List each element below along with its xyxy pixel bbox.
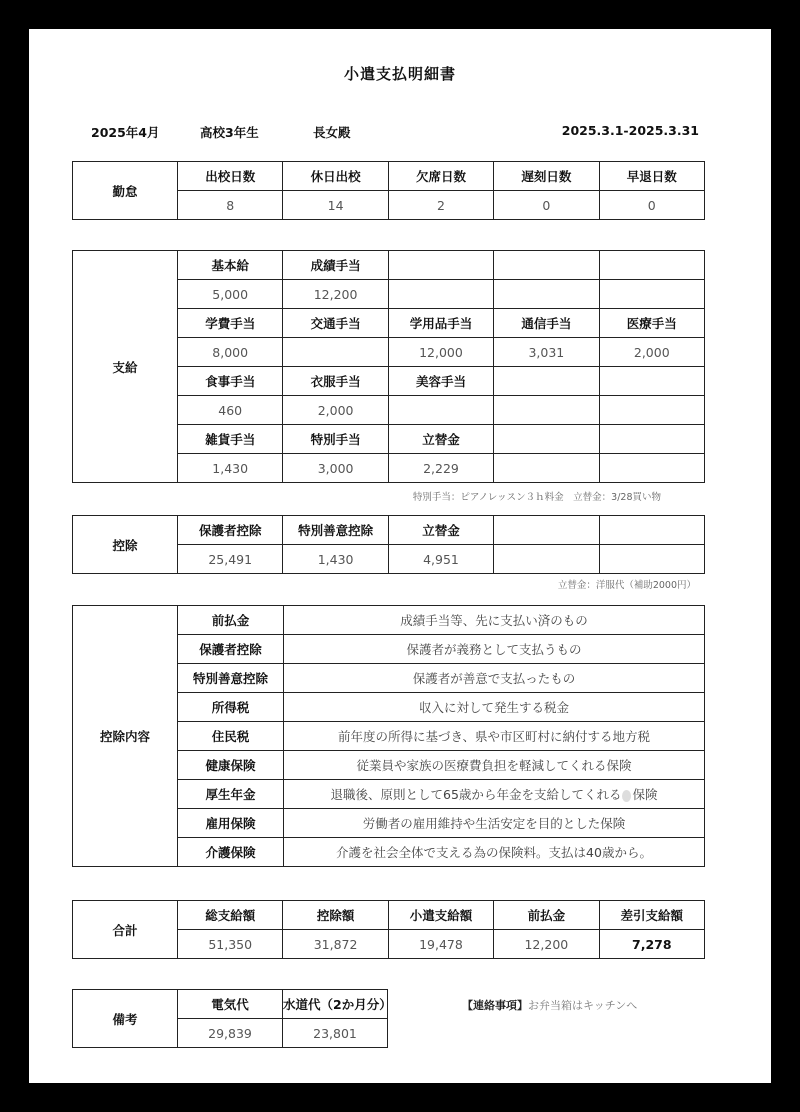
recipient-name: 長女殿 [313,123,351,141]
payments-note: 特別手当：ピアノレッスン３ｈ料金 立替金：3/28買い物 [413,489,661,503]
payment-label: 食事手当 [178,367,283,396]
deductions-table: 控除 保護者控除 特別善意控除 立替金 25,491 1,430 4,951 [72,515,705,574]
total-header: 小遣支給額 [388,901,493,930]
net-payment-value: 7,278 [599,930,704,959]
payment-label [494,367,599,396]
payment-label [599,367,704,396]
payment-value [494,454,599,483]
payment-label: 特別手当 [283,425,388,454]
deduction-details-section-label: 控除内容 [73,606,178,867]
attendance-header: 早退日数 [599,162,704,191]
attendance-value: 0 [599,191,704,220]
document-title: 小遣支払明細書 [29,63,771,84]
smudge-mark [622,790,631,802]
payment-value [494,396,599,425]
contact-note: 【連絡事項】お弁当箱はキッチンへ [462,997,637,1013]
payment-label: 立替金 [388,425,493,454]
deduction-header [599,516,704,545]
payment-value: 12,200 [283,280,388,309]
detail-label: 雇用保険 [178,809,284,838]
payment-label [599,251,704,280]
total-header: 総支給額 [178,901,283,930]
attendance-header: 出校日数 [178,162,283,191]
deduction-header: 特別善意控除 [283,516,388,545]
total-header: 差引支給額 [599,901,704,930]
deductions-section-label: 控除 [73,516,178,574]
payment-value [388,280,493,309]
attendance-value: 0 [494,191,599,220]
deduction-header: 立替金 [388,516,493,545]
payment-value: 5,000 [178,280,283,309]
payment-value: 460 [178,396,283,425]
deduction-details-table: 控除内容 前払金 成績手当等、先に支払い済のもの 保護者控除 保護者が義務として… [72,605,705,867]
remarks-table: 備考 電気代 水道代（2か月分） 29,839 23,801 [72,989,388,1048]
payment-value: 3,000 [283,454,388,483]
detail-description: 保護者が善意で支払ったもの [284,664,705,693]
detail-description: 収入に対して発生する税金 [284,693,705,722]
total-header: 控除額 [283,901,388,930]
total-deduction-value: 31,872 [283,930,388,959]
detail-label: 健康保険 [178,751,284,780]
payment-value [599,280,704,309]
total-header: 前払金 [494,901,599,930]
detail-label: 住民税 [178,722,284,751]
payment-value: 12,000 [388,338,493,367]
detail-description: 労働者の雇用維持や生活安定を目的とした保険 [284,809,705,838]
detail-description: 退職後、原則として65歳から年金を支給してくれる [331,787,622,802]
detail-description: 介護を社会全体で支える為の保険料。支払は40歳から。 [284,838,705,867]
deduction-value: 25,491 [178,545,283,574]
payment-label: 医療手当 [599,309,704,338]
payment-label [494,425,599,454]
deduction-value: 4,951 [388,545,493,574]
detail-label: 介護保険 [178,838,284,867]
payment-value: 2,000 [283,396,388,425]
payment-value: 8,000 [178,338,283,367]
electricity-value: 29,839 [178,1019,283,1048]
total-gross-value: 51,350 [178,930,283,959]
payment-label: 学費手当 [178,309,283,338]
detail-description: 成績手当等、先に支払い済のもの [284,606,705,635]
payment-value: 1,430 [178,454,283,483]
payment-value [388,396,493,425]
attendance-value: 8 [178,191,283,220]
deduction-value [599,545,704,574]
deduction-value [494,545,599,574]
contact-label: 【連絡事項】 [462,999,528,1012]
payment-value [283,338,388,367]
attendance-header: 遅刻日数 [494,162,599,191]
attendance-header: 休日出校 [283,162,388,191]
payment-value [494,280,599,309]
detail-label: 前払金 [178,606,284,635]
payment-value: 2,000 [599,338,704,367]
detail-label: 保護者控除 [178,635,284,664]
payment-label [388,251,493,280]
detail-description: 前年度の所得に基づき、県や市区町村に納付する地方税 [284,722,705,751]
attendance-header: 欠席日数 [388,162,493,191]
total-prepaid-value: 12,200 [494,930,599,959]
payment-label: 衣服手当 [283,367,388,396]
attendance-table: 勤怠 出校日数 休日出校 欠席日数 遅刻日数 早退日数 8 14 2 0 0 [72,161,705,220]
payment-label: 美容手当 [388,367,493,396]
payment-value: 3,031 [494,338,599,367]
totals-section-label: 合計 [73,901,178,959]
attendance-value: 2 [388,191,493,220]
payments-section-label: 支給 [73,251,178,483]
recipient-grade: 高校3年生 [200,123,259,141]
payment-label: 交通手当 [283,309,388,338]
deduction-value: 1,430 [283,545,388,574]
payment-label [599,425,704,454]
payment-value: 2,229 [388,454,493,483]
deduction-header [494,516,599,545]
detail-label: 特別善意控除 [178,664,284,693]
deductions-note: 立替金：洋服代（補助2000円） [558,577,696,591]
payment-label [494,251,599,280]
detail-label: 所得税 [178,693,284,722]
attendance-section-label: 勤怠 [73,162,178,220]
detail-description-tail: 保険 [632,787,657,802]
totals-table: 合計 総支給額 控除額 小遣支給額 前払金 差引支給額 51,350 31,87… [72,900,705,959]
statement-month: 2025年4月 [91,123,160,141]
payment-value [599,454,704,483]
payment-label: 雑貨手当 [178,425,283,454]
water-value: 23,801 [283,1019,388,1048]
payment-value [599,396,704,425]
payment-label: 基本給 [178,251,283,280]
detail-description-cell: 退職後、原則として65歳から年金を支給してくれる保険 [284,780,705,809]
remarks-section-label: 備考 [73,990,178,1048]
attendance-value: 14 [283,191,388,220]
total-allowance-value: 19,478 [388,930,493,959]
deduction-header: 保護者控除 [178,516,283,545]
payment-label: 成績手当 [283,251,388,280]
contact-text: お弁当箱はキッチンへ [528,999,637,1012]
remark-header-electricity: 電気代 [178,990,283,1019]
payment-label: 学用品手当 [388,309,493,338]
detail-label: 厚生年金 [178,780,284,809]
statement-period: 2025.3.1-2025.3.31 [562,123,699,138]
payment-label: 通信手当 [494,309,599,338]
payments-table: 支給 基本給 成績手当 5,000 12,200 学費手当 交通手当 学用品手当… [72,250,705,483]
detail-description: 保護者が義務として支払うもの [284,635,705,664]
statement-page: 小遣支払明細書 2025年4月 高校3年生 長女殿 2025.3.1-2025.… [29,29,771,1083]
remark-header-water: 水道代（2か月分） [283,990,388,1019]
detail-description: 従業員や家族の医療費負担を軽減してくれる保険 [284,751,705,780]
